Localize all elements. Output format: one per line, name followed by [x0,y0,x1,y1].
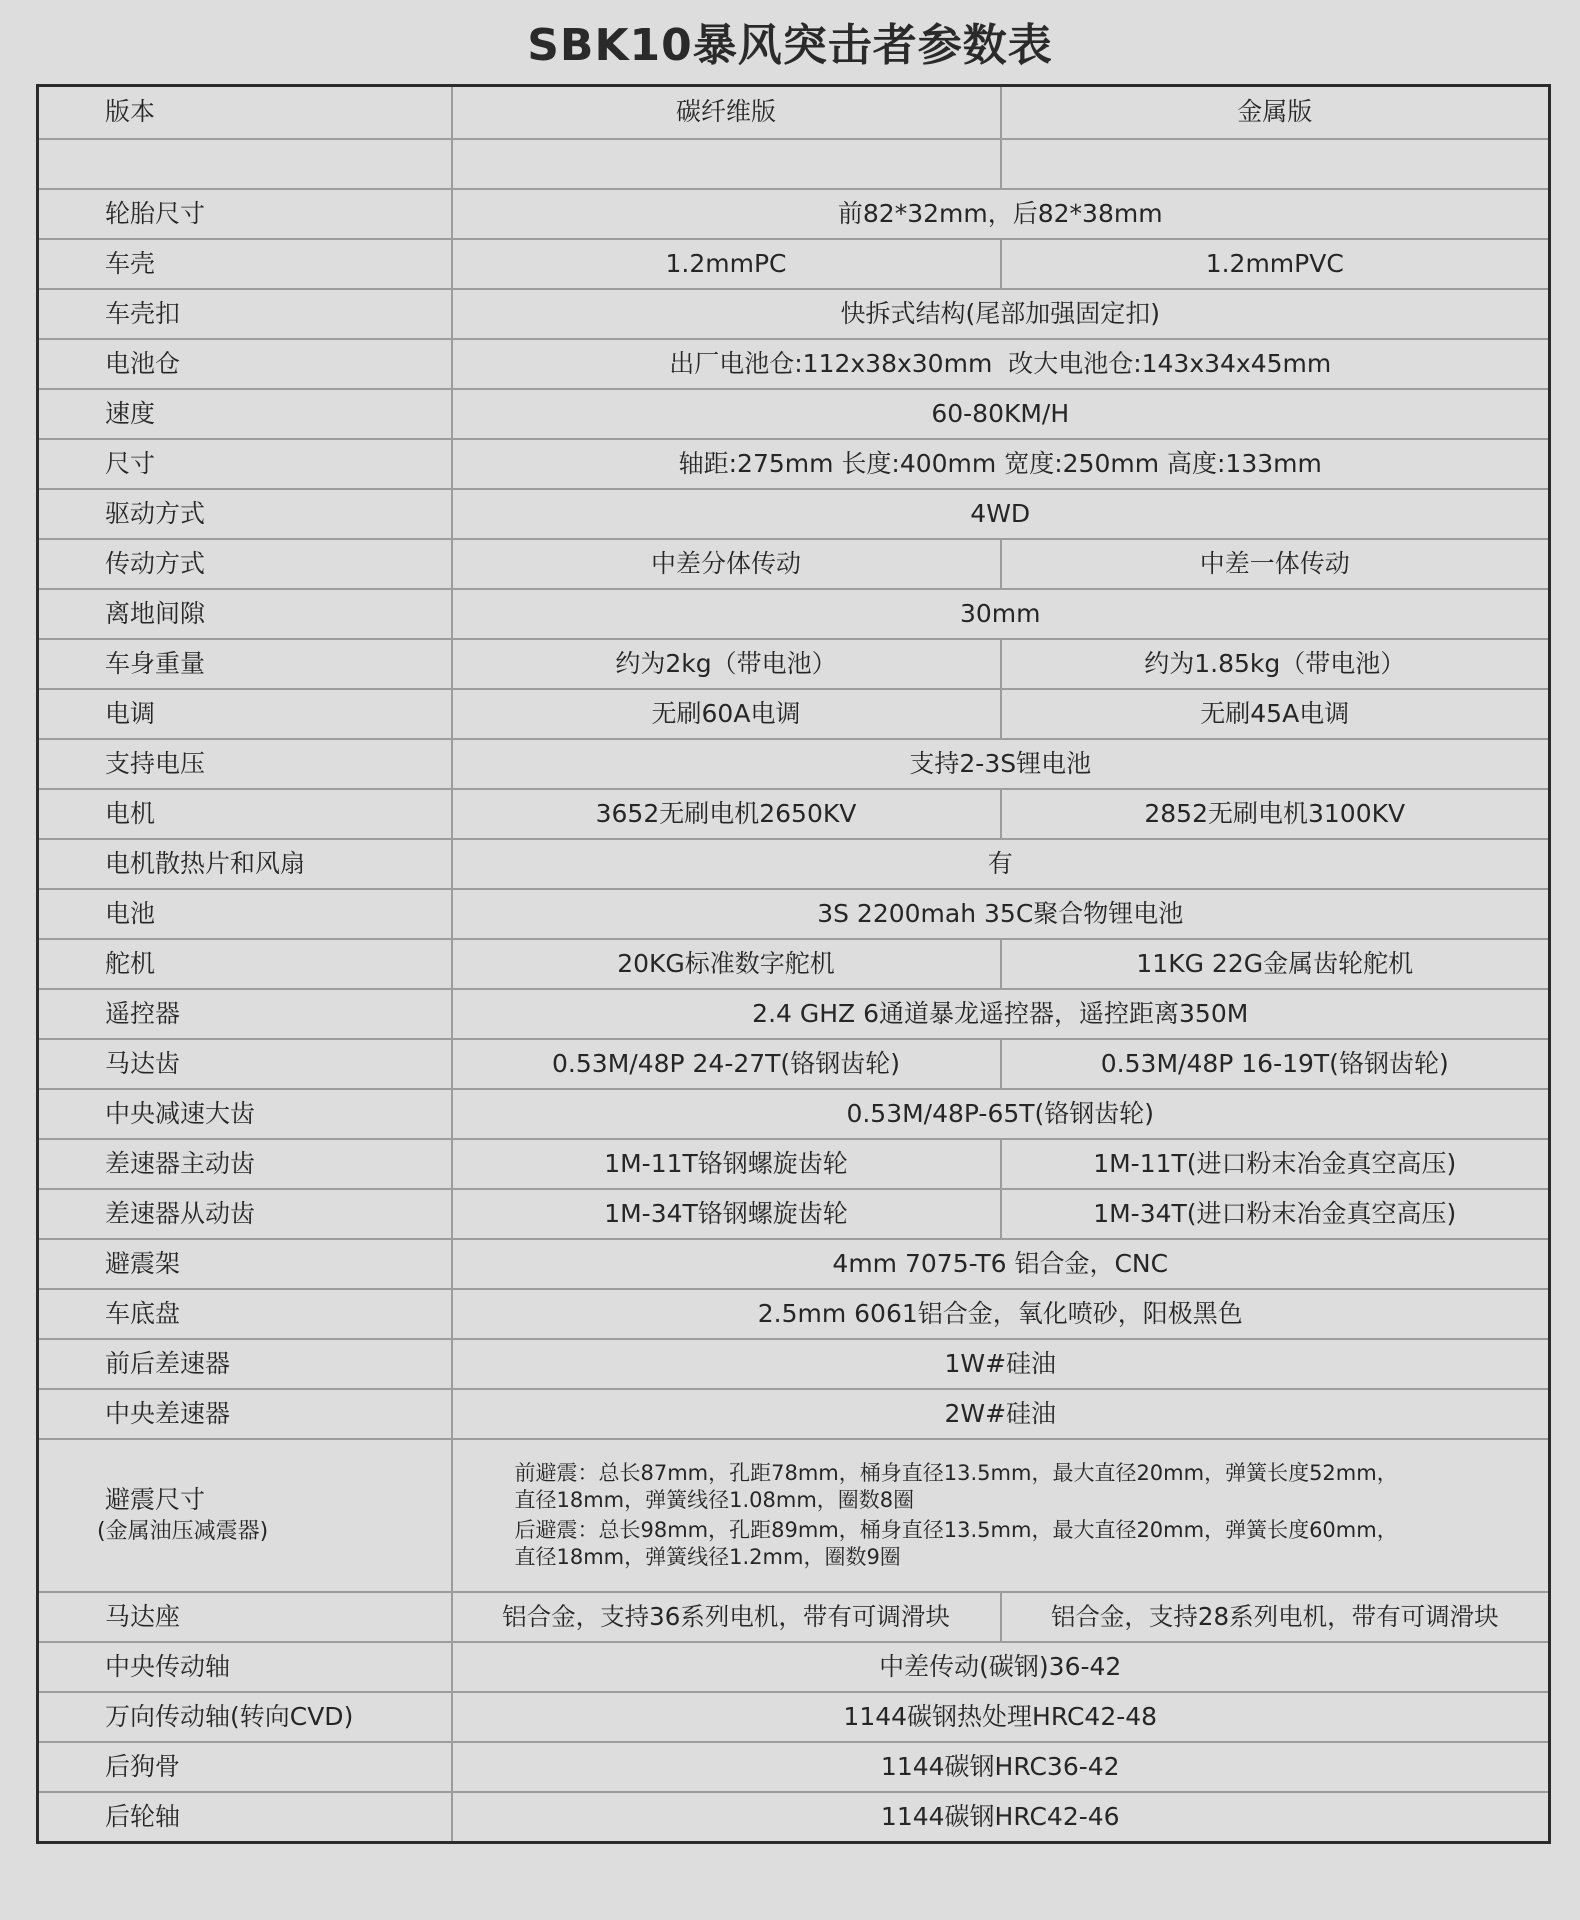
table-row: 差速器主动齿 1M-11T铬钢螺旋齿轮 1M-11T(进口粉末冶金真空高压) [38,1139,1550,1189]
row-value: 1144碳钢HRC36-42 [452,1742,1550,1792]
front-shock-line-2: 直径18mm，弹簧线径1.08mm，圈数8圈 [515,1487,1549,1514]
table-row: 传动方式 中差分体传动 中差一体传动 [38,539,1550,589]
row-value-metal: 2852无刷电机3100KV [1001,789,1550,839]
row-label: 差速器主动齿 [38,1139,452,1189]
table-row: 驱动方式 4WD [38,489,1550,539]
rear-shock-line-1: 后避震：总长98mm，孔距89mm，桶身直径13.5mm，最大直径20mm，弹簧… [515,1517,1549,1544]
table-row: 马达齿 0.53M/48P 24-27T(铬钢齿轮) 0.53M/48P 16-… [38,1039,1550,1089]
table-row: 中央传动轴 中差传动(碳钢)36-42 [38,1642,1550,1692]
row-label: 后狗骨 [38,1742,452,1792]
row-value-carbon: 20KG标准数字舵机 [452,939,1001,989]
row-value-metal: 0.53M/48P 16-19T(铬钢齿轮) [1001,1039,1550,1089]
table-row: 电池仓 出厂电池仓:112x38x30mm 改大电池仓:143x34x45mm [38,339,1550,389]
row-value-carbon: 中差分体传动 [452,539,1001,589]
table-row: 支持电压 支持2-3S锂电池 [38,739,1550,789]
header-carbon: 碳纤维版 [452,86,1001,139]
table-row: 中央差速器 2W#硅油 [38,1389,1550,1439]
table-row: 车壳 1.2mmPC 1.2mmPVC [38,239,1550,289]
row-label: 万向传动轴(转向CVD) [38,1692,452,1742]
table-row: 舵机 20KG标准数字舵机 11KG 22G金属齿轮舵机 [38,939,1550,989]
table-row: 速度 60-80KM/H [38,389,1550,439]
row-label: 电机散热片和风扇 [38,839,452,889]
table-row: 轮胎尺寸 前82*32mm，后82*38mm [38,189,1550,239]
row-value: 4WD [452,489,1550,539]
row-label: 中央传动轴 [38,1642,452,1692]
front-shock-spec: 前避震：总长87mm，孔距78mm，桶身直径13.5mm，最大直径20mm，弹簧… [515,1460,1549,1514]
row-value: 前82*32mm，后82*38mm [452,189,1550,239]
row-value: 30mm [452,589,1550,639]
row-value-metal: 约为1.85kg（带电池） [1001,639,1550,689]
row-value: 60-80KM/H [452,389,1550,439]
row-value: 1144碳钢HRC42-46 [452,1792,1550,1843]
row-value: 0.53M/48P-65T(铬钢齿轮) [452,1089,1550,1139]
shock-spec-cell: 前避震：总长87mm，孔距78mm，桶身直径13.5mm，最大直径20mm，弹簧… [452,1439,1550,1592]
row-value-carbon: 0.53M/48P 24-27T(铬钢齿轮) [452,1039,1001,1089]
row-label: 马达座 [38,1592,452,1642]
table-row: 避震架 4mm 7075-T6 铝合金，CNC [38,1239,1550,1289]
shock-size-row: 避震尺寸 (金属油压减震器) 前避震：总长87mm，孔距78mm，桶身直径13.… [38,1439,1550,1592]
row-label: 避震架 [38,1239,452,1289]
row-label: 车壳扣 [38,289,452,339]
table-row: 后狗骨 1144碳钢HRC36-42 [38,1742,1550,1792]
table-row: 车壳扣 快拆式结构(尾部加强固定扣) [38,289,1550,339]
table-row: 电池 3S 2200mah 35C聚合物锂电池 [38,889,1550,939]
row-value-metal: 1M-11T(进口粉末冶金真空高压) [1001,1139,1550,1189]
row-value: 2W#硅油 [452,1389,1550,1439]
table-row: 车底盘 2.5mm 6061铝合金，氧化喷砂，阳极黑色 [38,1289,1550,1339]
table-row: 马达座 铝合金，支持36系列电机，带有可调滑块 铝合金，支持28系列电机，带有可… [38,1592,1550,1642]
row-label: 轮胎尺寸 [38,189,452,239]
row-label: 中央减速大齿 [38,1089,452,1139]
spec-table: 版本 碳纤维版 金属版 轮胎尺寸 前82*32mm，后82*38mm 车壳 1.… [36,84,1551,1844]
row-value: 出厂电池仓:112x38x30mm 改大电池仓:143x34x45mm [452,339,1550,389]
row-label: 离地间隙 [38,589,452,639]
rear-shock-spec: 后避震：总长98mm，孔距89mm，桶身直径13.5mm，最大直径20mm，弹簧… [515,1517,1549,1571]
row-value: 2.4 GHZ 6通道暴龙遥控器，遥控距离350M [452,989,1550,1039]
row-label: 电机 [38,789,452,839]
row-value-carbon: 3652无刷电机2650KV [452,789,1001,839]
table-row: 车身重量 约为2kg（带电池） 约为1.85kg（带电池） [38,639,1550,689]
table-row: 电调 无刷60A电调 无刷45A电调 [38,689,1550,739]
table-row: 前后差速器 1W#硅油 [38,1339,1550,1389]
row-value: 中差传动(碳钢)36-42 [452,1642,1550,1692]
table-row: 遥控器 2.4 GHZ 6通道暴龙遥控器，遥控距离350M [38,989,1550,1039]
rear-shock-line-2: 直径18mm，弹簧线径1.2mm，圈数9圈 [515,1544,1549,1571]
row-label: 车身重量 [38,639,452,689]
row-value: 轴距:275mm 长度:400mm 宽度:250mm 高度:133mm [452,439,1550,489]
row-label: 前后差速器 [38,1339,452,1389]
row-label: 尺寸 [38,439,452,489]
row-label: 传动方式 [38,539,452,589]
row-value-metal: 无刷45A电调 [1001,689,1550,739]
row-value-carbon: 1M-34T铬钢螺旋齿轮 [452,1189,1001,1239]
row-value-metal: 中差一体传动 [1001,539,1550,589]
row-label: 遥控器 [38,989,452,1039]
row-value-metal: 11KG 22G金属齿轮舵机 [1001,939,1550,989]
table-row: 电机 3652无刷电机2650KV 2852无刷电机3100KV [38,789,1550,839]
row-value: 1144碳钢热处理HRC42-48 [452,1692,1550,1742]
table-row: 尺寸 轴距:275mm 长度:400mm 宽度:250mm 高度:133mm [38,439,1550,489]
row-value: 快拆式结构(尾部加强固定扣) [452,289,1550,339]
row-label: 舵机 [38,939,452,989]
header-version-label: 版本 [38,86,452,139]
shock-label: 避震尺寸 [105,1483,451,1517]
blank-row [38,139,1550,189]
row-value-carbon: 约为2kg（带电池） [452,639,1001,689]
row-label: 驱动方式 [38,489,452,539]
row-value-carbon: 铝合金，支持36系列电机，带有可调滑块 [452,1592,1001,1642]
row-value: 1W#硅油 [452,1339,1550,1389]
table-row: 中央减速大齿 0.53M/48P-65T(铬钢齿轮) [38,1089,1550,1139]
header-metal: 金属版 [1001,86,1550,139]
blank-cell [452,139,1001,189]
row-label: 车壳 [38,239,452,289]
row-value-carbon: 1M-11T铬钢螺旋齿轮 [452,1139,1001,1189]
row-label: 支持电压 [38,739,452,789]
row-value-carbon: 1.2mmPC [452,239,1001,289]
row-value-metal: 1M-34T(进口粉末冶金真空高压) [1001,1189,1550,1239]
row-label: 差速器从动齿 [38,1189,452,1239]
table-row: 离地间隙 30mm [38,589,1550,639]
row-value: 有 [452,839,1550,889]
row-value-carbon: 无刷60A电调 [452,689,1001,739]
table-row: 电机散热片和风扇 有 [38,839,1550,889]
row-value: 支持2-3S锂电池 [452,739,1550,789]
header-row: 版本 碳纤维版 金属版 [38,86,1550,139]
shock-sublabel: (金属油压减震器) [97,1517,451,1547]
row-label: 后轮轴 [38,1792,452,1843]
row-value-metal: 铝合金，支持28系列电机，带有可调滑块 [1001,1592,1550,1642]
row-value-metal: 1.2mmPVC [1001,239,1550,289]
row-value: 3S 2200mah 35C聚合物锂电池 [452,889,1550,939]
blank-cell [1001,139,1550,189]
row-label: 电调 [38,689,452,739]
row-label: 中央差速器 [38,1389,452,1439]
table-row: 差速器从动齿 1M-34T铬钢螺旋齿轮 1M-34T(进口粉末冶金真空高压) [38,1189,1550,1239]
row-label: 马达齿 [38,1039,452,1089]
page-title: SBK10暴风突击者参数表 [0,20,1580,72]
row-label: 车底盘 [38,1289,452,1339]
table-row: 万向传动轴(转向CVD) 1144碳钢热处理HRC42-48 [38,1692,1550,1742]
row-value: 2.5mm 6061铝合金，氧化喷砂，阳极黑色 [452,1289,1550,1339]
shock-label-cell: 避震尺寸 (金属油压减震器) [38,1439,452,1592]
front-shock-line-1: 前避震：总长87mm，孔距78mm，桶身直径13.5mm，最大直径20mm，弹簧… [515,1460,1549,1487]
row-value: 4mm 7075-T6 铝合金，CNC [452,1239,1550,1289]
row-label: 电池 [38,889,452,939]
table-row: 后轮轴 1144碳钢HRC42-46 [38,1792,1550,1843]
row-label: 电池仓 [38,339,452,389]
row-label: 速度 [38,389,452,439]
blank-cell [38,139,452,189]
